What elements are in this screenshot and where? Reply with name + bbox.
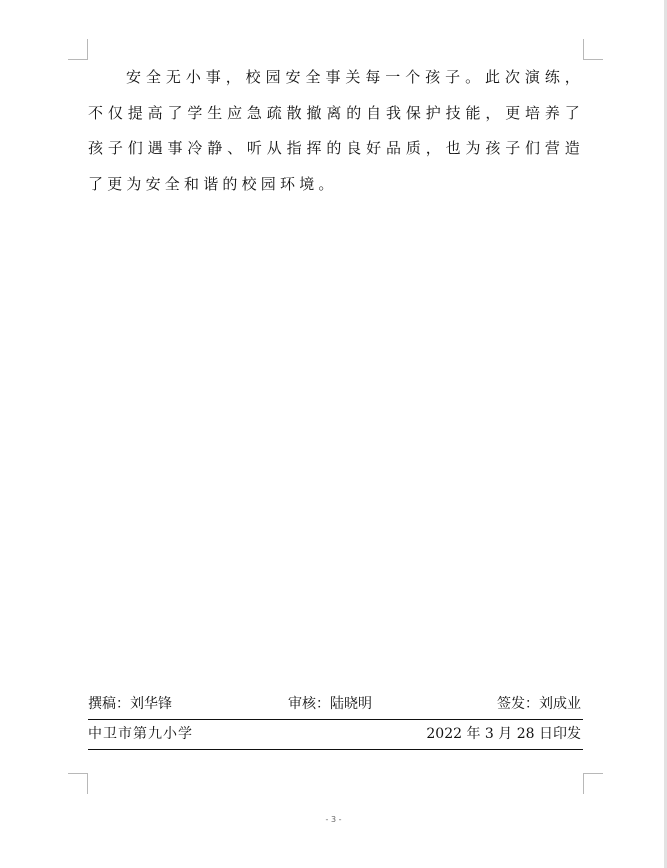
drafter-label: 撰稿：刘华锋 <box>88 689 172 719</box>
issuing-organization: 中卫市第九小学 <box>88 719 193 749</box>
page-number: - 3 - <box>0 815 667 824</box>
body-paragraph: 安全无小事，校园安全事关每一个孩子。此次演练，不仅提高了学生应急疏散撤离的自我保… <box>88 60 584 202</box>
reviewer-label: 审核：陆晓明 <box>288 689 372 719</box>
margin-corner-mark-bottom-right <box>583 773 603 794</box>
footer-issuer-row: 中卫市第九小学 2022 年 3 月 28 日印发 <box>88 719 583 750</box>
margin-corner-mark-bottom-left <box>68 773 88 794</box>
issue-date: 2022 年 3 月 28 日印发 <box>426 719 581 749</box>
footer-signatures-row: 撰稿：刘华锋 审核：陆晓明 签发：刘成业 <box>88 689 583 720</box>
signer-label: 签发：刘成业 <box>497 689 581 719</box>
margin-corner-mark-top-left <box>68 39 88 60</box>
margin-corner-mark-top-right <box>583 39 603 60</box>
document-page: 安全无小事，校园安全事关每一个孩子。此次演练，不仅提高了学生应急疏散撤离的自我保… <box>0 0 664 868</box>
